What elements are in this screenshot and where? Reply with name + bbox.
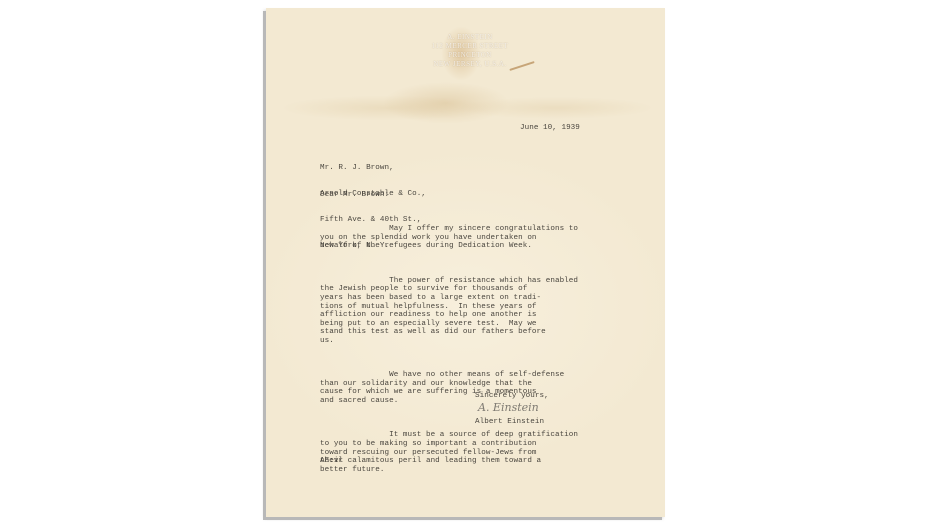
body-paragraph: It must be a source of deep gratificatio… (320, 431, 578, 474)
signer-name: Albert Einstein (475, 418, 544, 427)
letterhead-line: NEW JERSEY, U.S.A. (410, 60, 530, 69)
handwritten-signature: A. Einstein (478, 401, 539, 414)
letterhead-line: A. EINSTEIN (410, 33, 530, 42)
body-paragraph: The power of resistance which has enable… (320, 277, 578, 346)
embossed-letterhead: A. EINSTEIN 112 MERCER STREET PRINCETON … (410, 33, 530, 69)
closing: Sincerely yours, (475, 392, 549, 401)
letter-paper: A. EINSTEIN 112 MERCER STREET PRINCETON … (266, 8, 665, 517)
letter-date: June 10, 1939 (520, 124, 580, 133)
body-paragraph: May I offer my sincere congratulations t… (320, 225, 578, 251)
reference-initials: AE:vl (320, 457, 343, 466)
letterhead-line: 112 MERCER STREET (410, 42, 530, 51)
letter-body: May I offer my sincere congratulations t… (320, 208, 578, 500)
salutation: Dear Mr. Brown: (320, 191, 389, 200)
address-line: Mr. R. J. Brown, (320, 164, 426, 173)
letterhead-line: PRINCETON (410, 51, 530, 60)
